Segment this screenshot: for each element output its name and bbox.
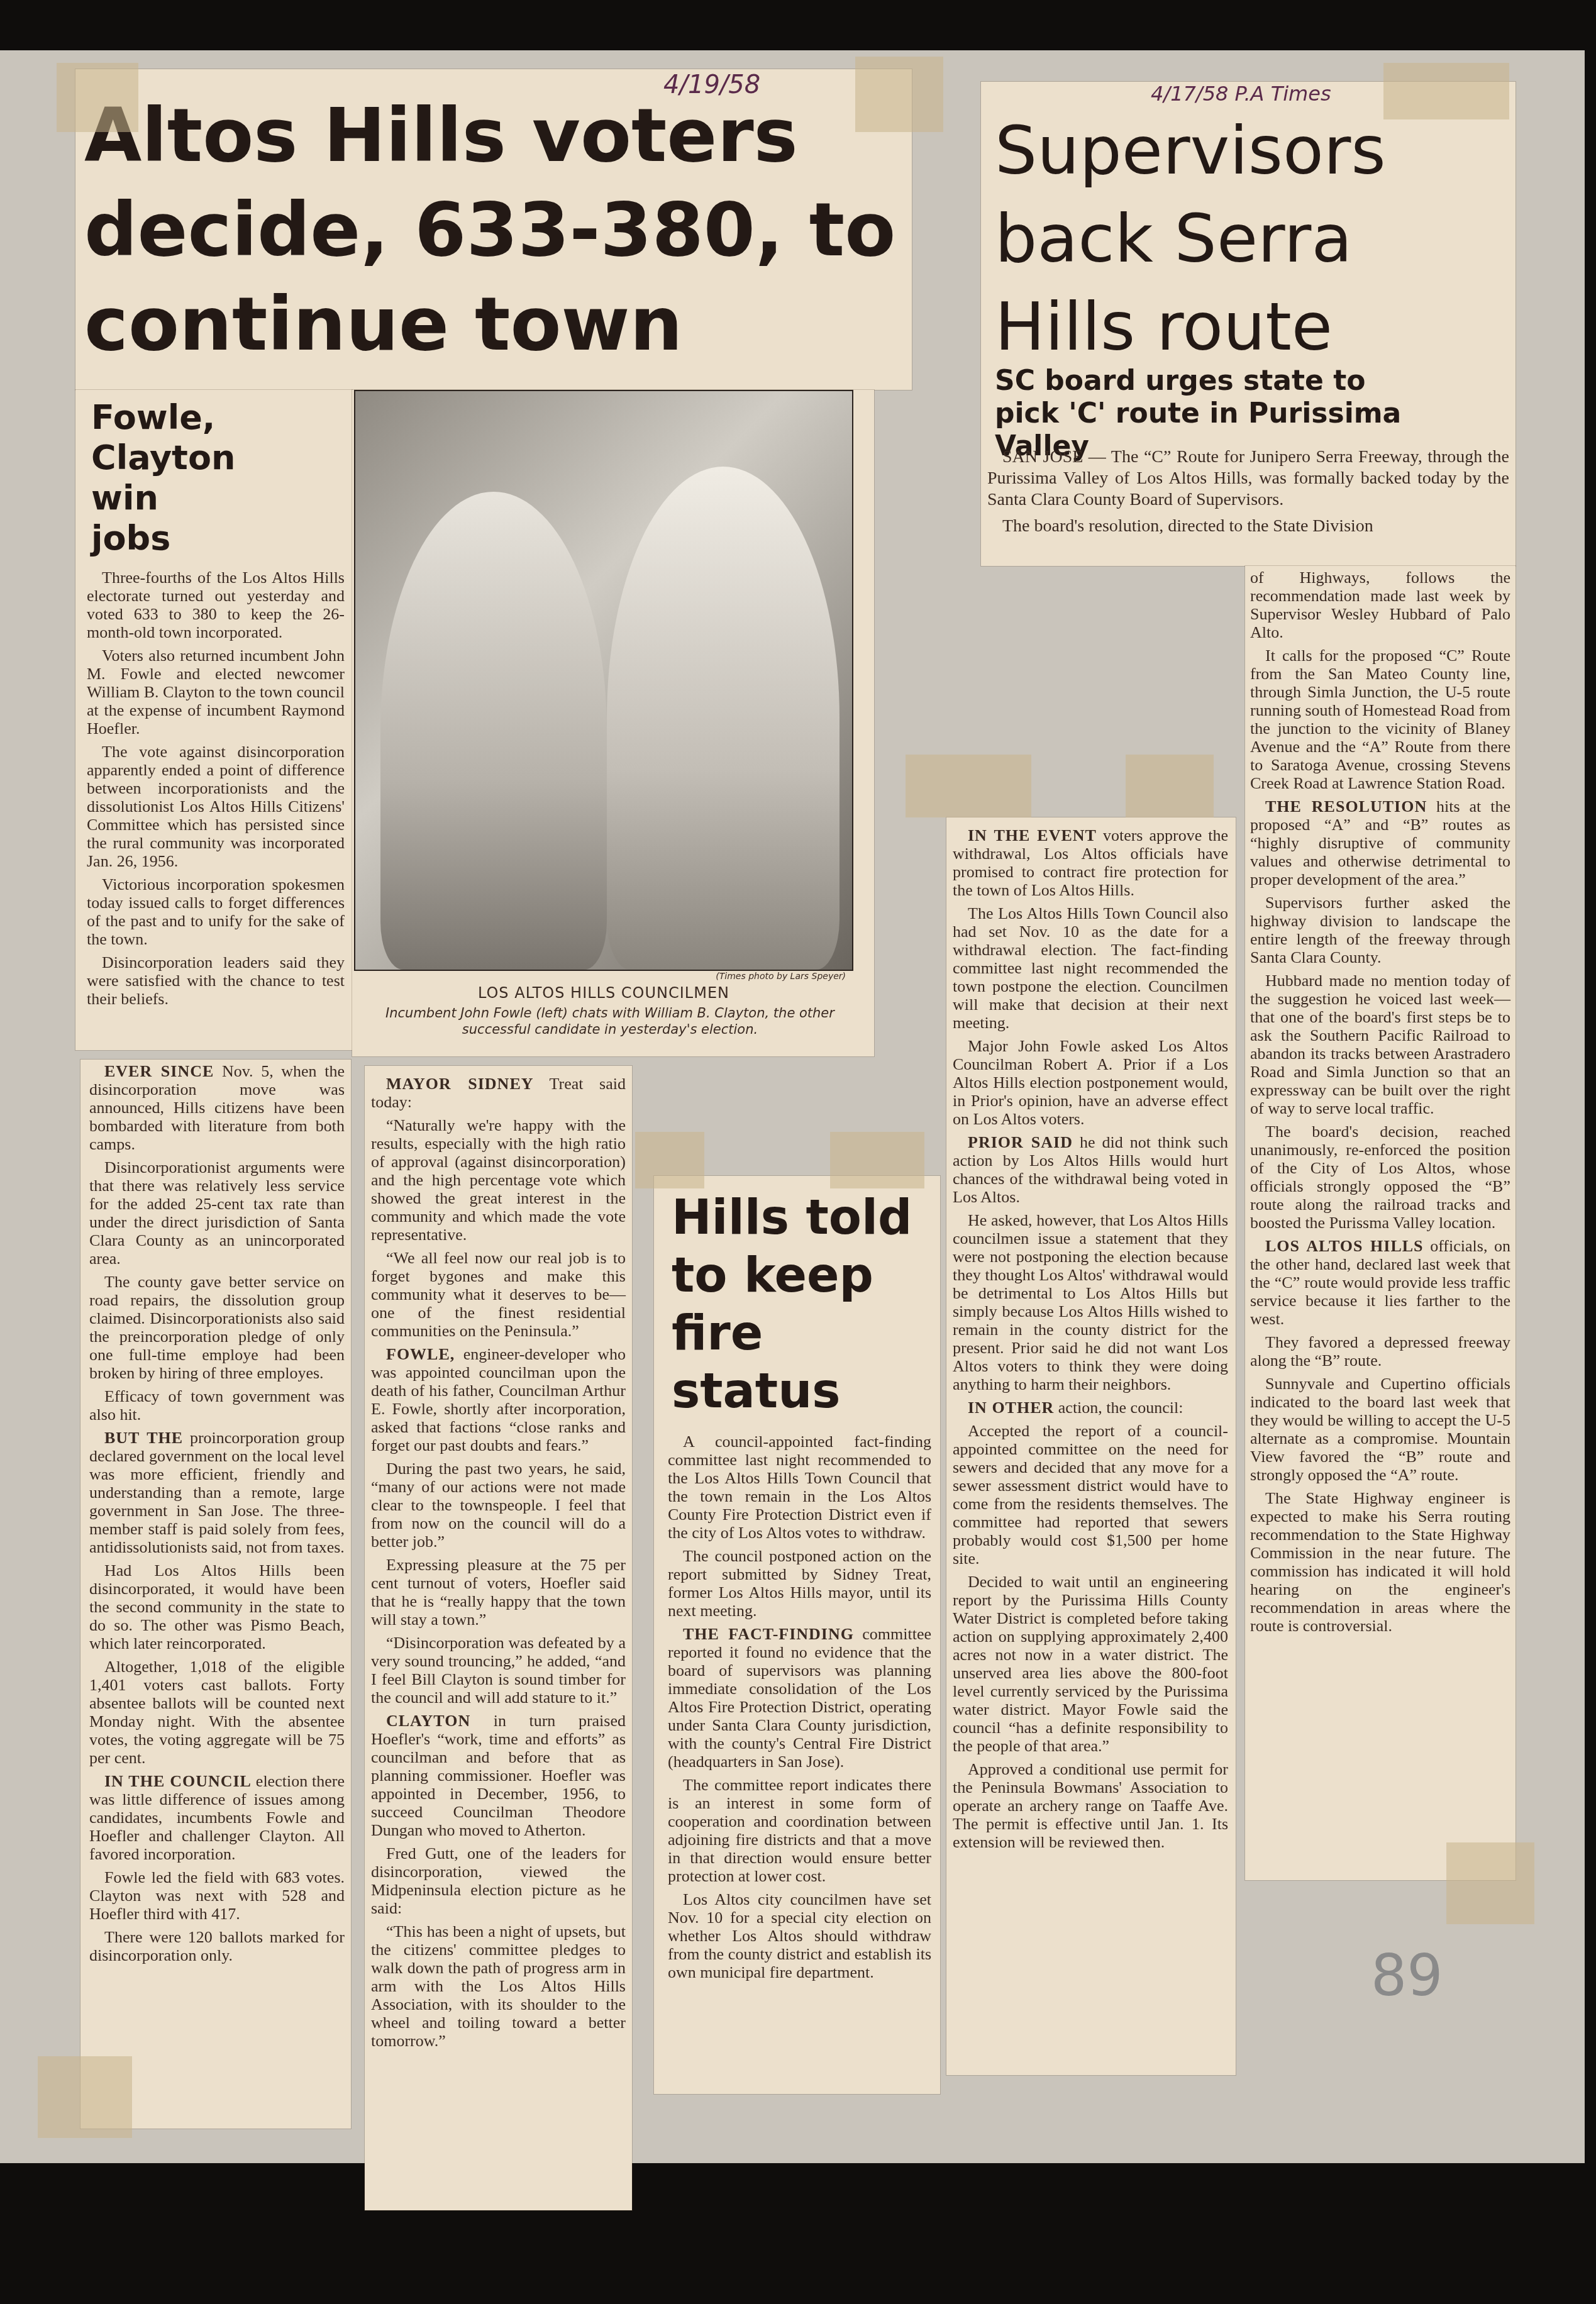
paragraph: CLAYTON in turn praised Hoefler's “work,… (371, 1712, 626, 1839)
paragraph: THE FACT-FINDING committee reported it f… (668, 1625, 931, 1771)
photo-clipping: (Times photo by Lars Speyer) LOS ALTOS H… (352, 390, 874, 1056)
paragraph: Los Altos city councilmen have set Nov. … (668, 1890, 931, 1981)
paragraph: The vote against disincorporation appare… (87, 743, 345, 870)
tape-strip (1383, 63, 1509, 119)
paragraph: Accepted the report of a council-appoint… (953, 1422, 1228, 1568)
supervisors-headline: Supervisors back Serra Hills route (995, 107, 1485, 371)
photo-title: LOS ALTOS HILLS COUNCILMEN (352, 984, 855, 1002)
paragraph: Fowle led the field with 683 votes. Clay… (89, 1868, 345, 1923)
paragraph: Decided to wait until an engineering rep… (953, 1573, 1228, 1755)
paragraph: The board's resolution, directed to the … (987, 516, 1509, 537)
tape-strip (855, 57, 943, 132)
paragraph: “This has been a night of upsets, but th… (371, 1922, 626, 2050)
paragraph: Major John Fowle asked Los Altos Council… (953, 1037, 1228, 1128)
paragraph: There were 120 ballots marked for disinc… (89, 1928, 345, 1964)
clipping-supervisors-col: of Highways, follows the recommendation … (1245, 566, 1516, 1880)
paragraph: It calls for the proposed “C” Route from… (1250, 646, 1510, 792)
paragraph: Fred Gutt, one of the leaders for disinc… (371, 1844, 626, 1917)
paragraph: IN THE EVENT voters approve the withdraw… (953, 826, 1228, 899)
article-col1: Three-fourths of the Los Altos Hills ele… (75, 568, 352, 1008)
councilmen-photo (354, 390, 853, 971)
tape-strip (1446, 1842, 1534, 1924)
tape-strip (906, 755, 1031, 817)
paragraph: “We all feel now our real job is to forg… (371, 1249, 626, 1340)
paragraph: Altogether, 1,018 of the eligible 1,401 … (89, 1658, 345, 1767)
paragraph: Three-fourths of the Los Altos Hills ele… (87, 568, 345, 641)
paragraph: Had Los Altos Hills been disincorporated… (89, 1561, 345, 1653)
person-left (380, 492, 607, 970)
tape-strip (38, 2056, 132, 2138)
tape-strip (1126, 755, 1214, 817)
paragraph: EVER SINCE Nov. 5, when the disincorpora… (89, 1062, 345, 1153)
tape-strip (635, 1132, 704, 1188)
fire-article-col2: IN THE EVENT voters approve the withdraw… (946, 817, 1236, 1851)
clipping-fire-col2: IN THE EVENT voters approve the withdraw… (946, 817, 1236, 2075)
paragraph: The State Highway engineer is expected t… (1250, 1489, 1510, 1635)
clipping-election-col1b: EVER SINCE Nov. 5, when the disincorpora… (80, 1060, 351, 2129)
paragraph: PRIOR SAID he did not think such action … (953, 1133, 1228, 1206)
paragraph: The county gave better service on road r… (89, 1273, 345, 1382)
clipping-fire-col1: Hills told to keep fire status A council… (654, 1176, 940, 2094)
photo-caption: Incumbent John Fowle (left) chats with W… (377, 1005, 843, 1038)
paragraph: LOS ALTOS HILLS officials, on the other … (1250, 1237, 1510, 1328)
page-number: 89 (1371, 1943, 1443, 2009)
clipping-election-col2: MAYOR SIDNEY Treat said today: “Naturall… (365, 1066, 632, 2210)
photo-credit: (Times photo by Lars Speyer) (716, 972, 846, 982)
paragraph: THE RESOLUTION hits at the proposed “A” … (1250, 797, 1510, 889)
clipping-election-headline: 4/19/58 Altos Hills voters decide, 633-3… (75, 69, 912, 390)
tape-strip (830, 1132, 924, 1188)
paragraph: They favored a depressed freeway along t… (1250, 1333, 1510, 1370)
supervisors-column: of Highways, follows the recommendation … (1245, 566, 1516, 1635)
paragraph: Disincorporationist arguments were that … (89, 1158, 345, 1268)
paragraph: Hubbard made no mention today of the sug… (1250, 972, 1510, 1117)
fire-headline: Hills told to keep fire status (654, 1176, 940, 1432)
paragraph: The Los Altos Hills Town Council also ha… (953, 904, 1228, 1032)
paragraph: The committee report indicates there is … (668, 1776, 931, 1885)
paragraph: The board's decision, reached unanimousl… (1250, 1122, 1510, 1232)
clipping-supervisors-top: 4/17/58 P.A Times Supervisors back Serra… (981, 82, 1516, 566)
paragraph: “Disincorporation was defeated by a very… (371, 1634, 626, 1707)
supervisors-intro: SAN JOSE — The “C” Route for Junipero Se… (987, 446, 1509, 542)
paragraph: Disincorporation leaders said they were … (87, 953, 345, 1008)
paragraph: He asked, however, that Los Altos Hills … (953, 1211, 1228, 1393)
tape-strip (57, 63, 138, 132)
paragraph: Victorious incorporation spokesmen today… (87, 875, 345, 948)
paragraph: “Naturally we're happy with the results,… (371, 1116, 626, 1244)
article-col2: MAYOR SIDNEY Treat said today: “Naturall… (365, 1066, 632, 2050)
clipping-election-col1: Fowle, Clayton win jobs Three-fourths of… (75, 390, 352, 1050)
paragraph: During the past two years, he said, “man… (371, 1459, 626, 1551)
paragraph: IN OTHER action, the council: (953, 1398, 1228, 1417)
paragraph: Voters also returned incumbent John M. F… (87, 646, 345, 738)
headline: Altos Hills voters decide, 633-380, to c… (84, 88, 902, 371)
subhead: Fowle, Clayton win jobs (75, 390, 255, 568)
fire-article-col1: A council-appointed fact-finding committ… (654, 1432, 940, 1981)
article-col1b: EVER SINCE Nov. 5, when the disincorpora… (80, 1060, 351, 1964)
paragraph: The council postponed action on the repo… (668, 1547, 931, 1620)
paragraph: A council-appointed fact-finding committ… (668, 1432, 931, 1542)
paragraph: FOWLE, engineer-developer who was appoin… (371, 1345, 626, 1454)
paragraph: MAYOR SIDNEY Treat said today: (371, 1075, 626, 1111)
paragraph: Sunnyvale and Cupertino officials indica… (1250, 1375, 1510, 1484)
paragraph: Expressing pleasure at the 75 per cent t… (371, 1556, 626, 1629)
paragraph: BUT THE proincorporation group declared … (89, 1429, 345, 1556)
paragraph: IN THE COUNCIL election there was little… (89, 1772, 345, 1863)
handwritten-date-source: 4/17/58 P.A Times (1151, 82, 1331, 106)
paragraph: SAN JOSE — The “C” Route for Junipero Se… (987, 446, 1509, 511)
person-right (607, 467, 840, 970)
paragraph: Approved a conditional use permit for th… (953, 1760, 1228, 1851)
paragraph: Efficacy of town government was also hit… (89, 1387, 345, 1424)
paragraph: of Highways, follows the recommendation … (1250, 568, 1510, 641)
paragraph: Supervisors further asked the highway di… (1250, 894, 1510, 966)
